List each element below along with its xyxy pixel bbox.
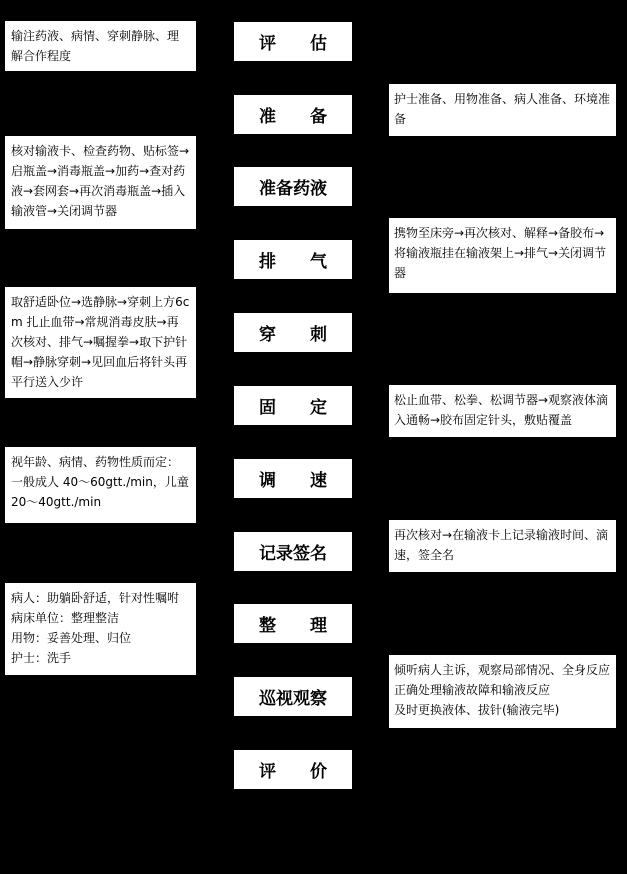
note-expel-air-detail: 携物至床旁→再次核对、解释→备胶布→将输液瓶挂在输液架上→排气→关闭调节器 — [389, 218, 616, 293]
note-assess-detail: 输注药液、病情、穿刺静脉、理解合作程度 — [5, 21, 196, 71]
note-patrol-observe-detail: 倾听病人主诉，观察局部情况、全身反应 正确处理输液故障和输液反应 及时更换液体、… — [389, 655, 616, 728]
step-puncture: 穿 刺 — [234, 313, 352, 352]
note-fix-detail: 松止血带、松拳、松调节器→观察液体滴入通畅→胶布固定针头，敷贴覆盖 — [389, 385, 616, 437]
step-evaluate: 评 价 — [234, 750, 352, 789]
step-assess: 评 估 — [234, 22, 352, 61]
step-tidy-up: 整 理 — [234, 604, 352, 643]
step-patrol-observe: 巡视观察 — [234, 677, 352, 716]
flowchart-canvas: 输注药液、病情、穿刺静脉、理解合作程度 核对输液卡、检查药物、贴标签→启瓶盖→消… — [0, 0, 627, 874]
step-record-sign: 记录签名 — [234, 532, 352, 571]
note-prepare-detail: 护士准备、用物准备、病人准备、环境准备 — [389, 84, 616, 136]
step-adjust-speed: 调 速 — [234, 459, 352, 498]
note-puncture-detail: 取舒适卧位→选静脉→穿刺上方6cm 扎止血带→常规消毒皮肤→再次核对、排气→嘱握… — [5, 287, 196, 398]
note-tidy-up-detail: 病人：助躺卧舒适，针对性嘱咐 病床单位：整理整洁 用物：妥善处理、归位 护士：洗… — [5, 583, 196, 675]
step-fix: 固 定 — [234, 386, 352, 425]
note-prepare-solution-detail: 核对输液卡、检查药物、贴标签→启瓶盖→消毒瓶盖→加药→查对药液→套网套→再次消毒… — [5, 136, 196, 229]
note-adjust-speed-detail: 视年龄、病情、药物性质而定：一般成人 40～60gtt./min，儿童20～40… — [5, 447, 196, 523]
step-prepare: 准 备 — [234, 95, 352, 134]
step-prepare-solution: 准备药液 — [234, 167, 352, 206]
step-expel-air: 排 气 — [234, 240, 352, 279]
note-record-sign-detail: 再次核对→在输液卡上记录输液时间、滴速，签全名 — [389, 520, 616, 572]
